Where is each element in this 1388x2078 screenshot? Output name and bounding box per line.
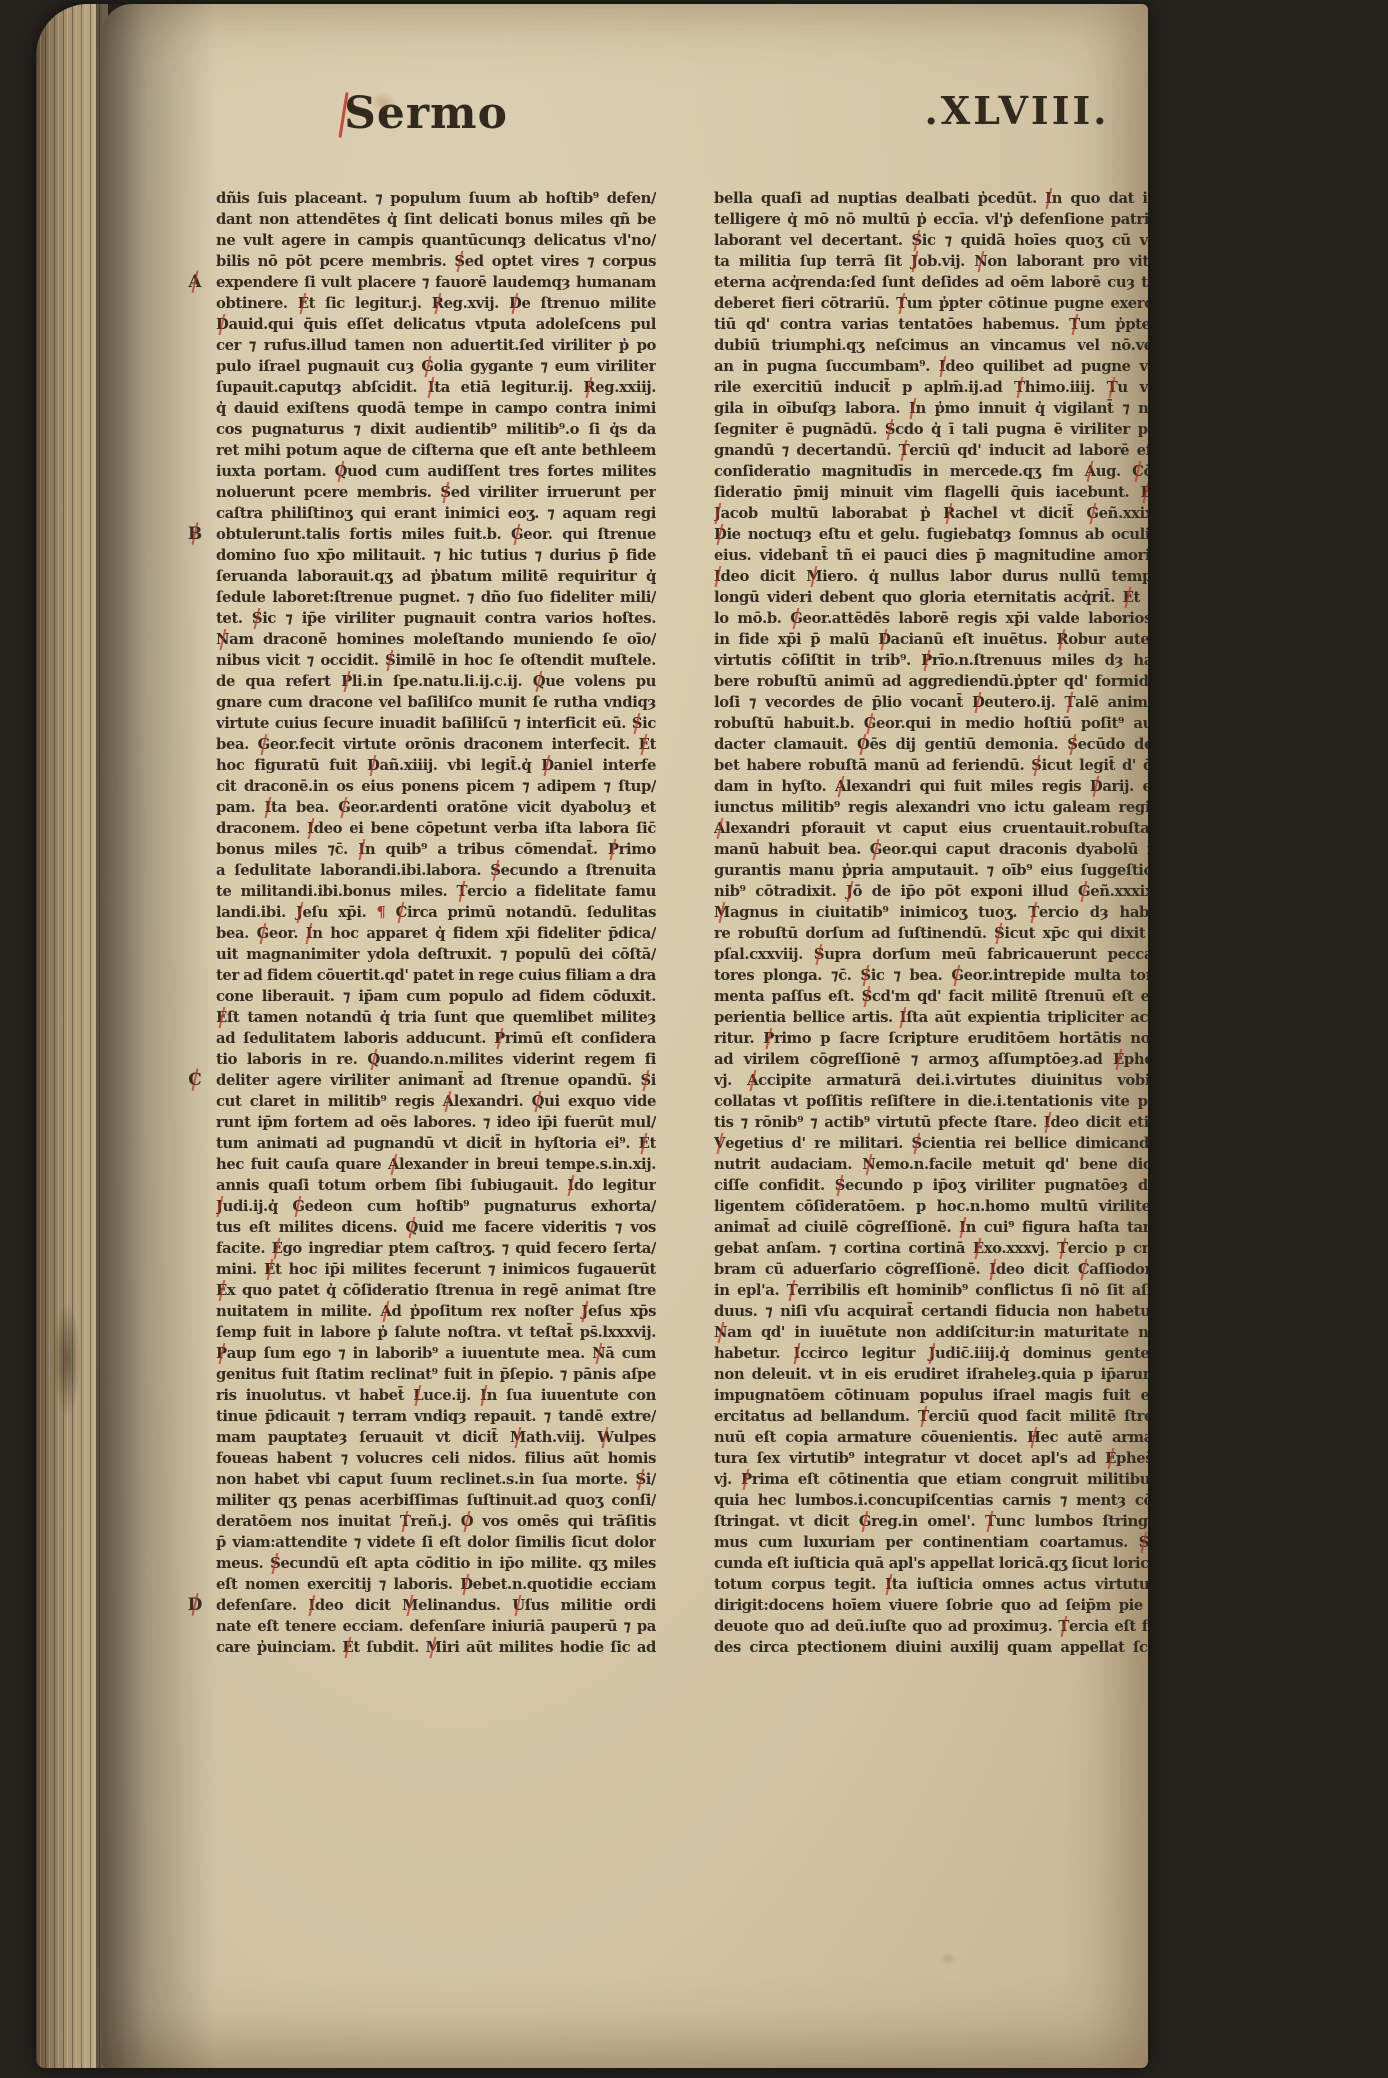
text-line: ercitatus ad bellandum. Terciū quod faci…	[714, 1406, 1148, 1427]
rubricated-capital: I	[989, 1259, 996, 1280]
text-line: Alexandri pforauit vt caput eius cruenta…	[714, 818, 1148, 839]
text-line: nibus vicit ⁊ occidit. Similē in hoc ſe …	[216, 650, 656, 671]
rubricated-capital: C	[396, 902, 407, 923]
rubricated-capital: G	[790, 608, 802, 629]
pilcrow-mark: ¶	[376, 904, 385, 921]
text-line: expendere ſi vult placere ⁊ fauorē laude…	[216, 272, 656, 293]
rubricated-capital: E	[264, 1259, 275, 1280]
text-line: ſtringat. vt dicit Greg.in omel'. Tunc l…	[714, 1511, 1148, 1532]
text-line: impugnatōem cōtinuam populus iſrael magi…	[714, 1385, 1148, 1406]
rubricated-capital: I	[939, 356, 946, 377]
text-line: perientia bellice artis. Iſta aūt expien…	[714, 1007, 1148, 1028]
running-title-text: Sermo	[344, 88, 508, 139]
text-line: te militandi.ibi.bonus miles. Tercio a f…	[216, 881, 656, 902]
rubricated-capital: E	[1105, 1448, 1116, 1469]
text-line: nuitatem in milite. Ad p̓poſitum rex noſ…	[216, 1301, 656, 1322]
rubricated-capital: S	[1031, 755, 1041, 776]
text-line: de qua refert Pli.in ſpe.natu.li.ij.c.ij…	[216, 671, 656, 692]
rubricated-capital: G	[859, 1511, 871, 1532]
rubricated-capital: C	[1078, 1259, 1089, 1280]
stacked-page-edges	[36, 4, 108, 2068]
rubricated-capital: T	[918, 1406, 929, 1427]
rubricated-capital: P	[921, 650, 932, 671]
rubricated-capital: R	[1056, 629, 1068, 650]
rubricated-capital: S	[635, 1469, 645, 1490]
text-line: Ex quo patet q̓ cōſideratio ſtrenua in r…	[216, 1280, 656, 1301]
rubricated-capital: T	[456, 881, 467, 902]
text-line: tis ⁊ rōnib⁹ ⁊ actib⁹ virtutū pfecte ſta…	[714, 1112, 1148, 1133]
text-line: pam. Ita bea. Geor.ardenti oratōne vicit…	[216, 797, 656, 818]
text-line: meus. Secundū eſt apta cōditio in ip̄o m…	[216, 1553, 656, 1574]
text-line: longū videri debent quo gloria eternitat…	[714, 587, 1148, 608]
rubricated-capital: G	[1086, 503, 1098, 524]
text-line: in epl'a. Terribilis eſt hominib⁹ confli…	[714, 1280, 1148, 1301]
rubricated-capital: P	[741, 1469, 752, 1490]
rubricated-capital: A	[835, 776, 846, 797]
rubricated-capital: I	[358, 839, 365, 860]
rubricated-capital: G	[870, 839, 882, 860]
text-line: p̄ viam:attendite ⁊ videte ſi eſt dolor …	[216, 1532, 656, 1553]
rubricated-capital: D	[216, 314, 228, 335]
folio-number: .XLVIII.	[902, 88, 1132, 144]
text-line: ris inuolutus. vt habet̄ Luce.ij. In ſua…	[216, 1385, 656, 1406]
text-line: cut claret in militib⁹ regis Alexandri. …	[216, 1091, 656, 1112]
text-line: mini. Et hoc ip̄i milites fecerunt ⁊ ini…	[216, 1259, 656, 1280]
rubricated-capital: O	[857, 734, 870, 755]
rubricated-capital: M	[714, 902, 730, 923]
rubricated-capital: R	[943, 503, 955, 524]
rubricated-capital: T	[400, 1511, 411, 1532]
text-line: manū habuit bea. Geor.qui caput draconis…	[714, 839, 1148, 860]
text-line: tum animati ad pugnandū vt dicit̄ in hyſ…	[216, 1133, 656, 1154]
text-line: tinue p̄dicauit ⁊ terram vndiqȝ repauit.…	[216, 1406, 656, 1427]
text-line: bilis nō pōt pcere membris. Sed optet vi…	[216, 251, 656, 272]
text-line: domino ſuo xp̄o militauit. ⁊ hic tutius …	[216, 545, 656, 566]
text-line: dubiū triumphi.qʒ neſcimus an vincamus v…	[714, 335, 1148, 356]
text-line: mus cum luxuriam per continentiam coarta…	[714, 1532, 1148, 1553]
rubricated-capital: O	[461, 1511, 474, 1532]
rubricated-capital: A	[714, 818, 725, 839]
text-line: bonus miles ⁊c̄. In quib⁹ a tribus cōmen…	[216, 839, 656, 860]
rubricated-capital: S	[1139, 1532, 1148, 1553]
rubricated-capital: J	[296, 902, 303, 923]
rubricated-capital: Q	[335, 461, 348, 482]
text-line: tet. Sic ⁊ ip̄e viriliter pugnauit contr…	[216, 608, 656, 629]
text-line: nutrit audaciam. Nemo.n.facile metuit qd…	[714, 1154, 1148, 1175]
text-line: dñis ſuis placeant. ⁊ populum ſuum ab ho…	[216, 188, 656, 209]
text-line: ſegniter ē pugnādū. Scdo q̓ ī tali pugna…	[714, 419, 1148, 440]
text-line: iuxta portam. Quod cum audiſſent tres fo…	[216, 461, 656, 482]
text-line: totum corpus tegit. Ita iuſticia omnes a…	[714, 1574, 1148, 1595]
rubricated-capital: D	[714, 524, 726, 545]
rubricated-capital: C	[188, 1070, 202, 1090]
text-line: non deleuit. vt in eis erudiret iſrahele…	[714, 1364, 1148, 1385]
rubricated-capital: I	[714, 566, 721, 587]
text-line: tura ſex virtutib⁹ integratur vt docet a…	[714, 1448, 1148, 1469]
rubricated-capital: A	[188, 272, 201, 292]
text-line: landi.ibi. Jeſu xp̄i. ¶ Circa primū nota…	[216, 902, 656, 923]
rubricated-capital: S	[632, 713, 642, 734]
rubricated-capital: G	[864, 713, 876, 734]
text-line: defenſare. Ideo dicit Melinandus. Uſus m…	[216, 1595, 656, 1616]
rubricated-capital: E	[216, 1280, 227, 1301]
rubricated-capital: S	[814, 944, 824, 965]
rubricated-capital: S	[994, 923, 1004, 944]
text-line: ſemp fuit in labore p̓ ſalute noſtra. vt…	[216, 1322, 656, 1343]
rubricated-capital: P	[341, 671, 352, 692]
margin-reference-letter: A	[182, 272, 208, 292]
rubricated-capital: D	[460, 1574, 472, 1595]
rubricated-capital: I	[428, 377, 435, 398]
rubricated-capital: R	[583, 377, 595, 398]
rubricated-capital: T	[1058, 1616, 1069, 1637]
rubricated-capital: I	[308, 1595, 315, 1616]
rubricated-capital: A	[443, 1091, 454, 1112]
rubricated-capital: N	[862, 1154, 875, 1175]
margin-reference-letter: D	[182, 1595, 208, 1615]
rubricated-capital: J	[714, 503, 721, 524]
text-line: gebat anſam. ⁊ cortina cortinā Exo.xxxvj…	[714, 1238, 1148, 1259]
rubricated-capital: S	[252, 608, 262, 629]
text-line: des circa ptectionem diuini auxilij quam…	[714, 1637, 1148, 1658]
text-line: collatas vt poſſitis reſiſtere in die.i.…	[714, 1091, 1148, 1112]
text-line: ad ſedulitatem laboris adducunt. Primū e…	[216, 1028, 656, 1049]
text-line: dirigit:docens hoīem viuere ſobrie quo a…	[714, 1595, 1148, 1616]
text-line: pſal.cxxviij. Supra dorſum meū fabricaue…	[714, 944, 1148, 965]
text-line: bella quaſi ad nuptias dealbati p̓cedūt.…	[714, 188, 1148, 209]
rubricated-capital: A	[1085, 461, 1096, 482]
rubricated-capital: S	[270, 1553, 280, 1574]
text-line: Vegetius d' re militari. Scientia rei be…	[714, 1133, 1148, 1154]
rubricated-capital: S	[911, 1133, 921, 1154]
rubricated-capital: C	[1132, 461, 1143, 482]
rubricated-capital: G	[257, 923, 269, 944]
rubricated-capital: J	[928, 1343, 935, 1364]
rubricated-capital: S	[1067, 734, 1077, 755]
rubricated-capital: W	[597, 1427, 613, 1448]
text-line: gila in oībuſqȝ labora. In p̓mo innuit q…	[714, 398, 1148, 419]
rubricated-capital: T	[1107, 377, 1118, 398]
rubricated-capital: E	[1123, 587, 1134, 608]
text-line: runt ip̄m fortem ad oēs labores. ⁊ ideo …	[216, 1112, 656, 1133]
text-line: ſeruanda laborauit.qʒ ad p̓batum militē …	[216, 566, 656, 587]
text-line: care p̓uinciam. Et ſubdit. Miri aūt mili…	[216, 1637, 656, 1658]
text-line: facite. Ego ingrediar ptem caſtroʒ. ⁊ qu…	[216, 1238, 656, 1259]
rubricated-capital: E	[973, 1238, 984, 1259]
margin-reference-letter: B	[182, 524, 208, 544]
text-column-right: bella quaſi ad nuptias dealbati p̓cedūt.…	[714, 188, 1148, 1658]
rubricated-capital: E	[639, 734, 650, 755]
rubricated-capital: S	[490, 860, 500, 881]
rubricated-capital: T	[985, 1511, 996, 1532]
text-line: hec fuit cauſa quare Alexander in breui …	[216, 1154, 656, 1175]
text-line: noluerunt pcere membris. Sed viriliter i…	[216, 482, 656, 503]
text-line: menta paſſus eſt. Scd'm qd' facit militē…	[714, 986, 1148, 1007]
rubricated-capital: D	[188, 1595, 203, 1615]
rubricated-capital: D	[878, 629, 890, 650]
rubricated-capital: G	[338, 797, 350, 818]
rubricated-capital: G	[951, 965, 963, 986]
rubricated-capital: M	[806, 566, 822, 587]
text-line: deuote quo ad deū.iuſte quo ad proximuȝ.…	[714, 1616, 1148, 1637]
text-line: vj. Prima eſt cōtinentia que etiam congr…	[714, 1469, 1148, 1490]
text-line: dant non attendētes q̓ ſint delicati bon…	[216, 209, 656, 230]
text-line: annis quaſi totum orbem ſibi ſubiugauit.…	[216, 1175, 656, 1196]
rubricated-capital: E	[298, 293, 309, 314]
text-line: Jacob multū laborabat p̓ Rachel vt dicit…	[714, 503, 1148, 524]
text-line: in fide xp̄i p̄ malū Dacianū eſt inuētus…	[714, 629, 1148, 650]
rubricated-capital: J	[581, 1301, 588, 1322]
rubricated-capital: I	[1045, 188, 1052, 209]
rubricated-capital: S	[640, 1070, 650, 1091]
text-line: virtute cuius ſecure inuadit baſiliſcū ⁊…	[216, 713, 656, 734]
rubricated-capital: E	[1113, 1049, 1124, 1070]
rubricated-capital: J	[216, 1196, 223, 1217]
rubricated-capital: S	[835, 1175, 845, 1196]
rubricated-capital: S	[885, 419, 895, 440]
text-line: tio laboris in re. Quando.n.milites vide…	[216, 1049, 656, 1070]
text-line: Paup ſum ego ⁊ in laborib⁹ a iuuentute m…	[216, 1343, 656, 1364]
text-line: gnare cum dracone vel baſiliſco munit ſe…	[216, 692, 656, 713]
text-line: q̓ dauid exiſtens quodā tempe in campo c…	[216, 398, 656, 419]
text-line: ta militia ſup terrā ſit Job.vij. Non la…	[714, 251, 1148, 272]
text-line: bram cū aduerſario cōgreſſionē. Ideo dic…	[714, 1259, 1148, 1280]
rubricated-capital: I	[900, 1007, 907, 1028]
rubricated-capital: J	[846, 881, 853, 902]
rubricated-capital: Q	[532, 1091, 545, 1112]
text-line: cunda eſt iuſticia quā apl's appellat lo…	[714, 1553, 1148, 1574]
text-line: ligentem cōſideratōem. p hoc.n.homo mult…	[714, 1196, 1148, 1217]
text-line: deratōem nos inuitat Treñ.j. O vos omēs …	[216, 1511, 656, 1532]
text-line: habetur. Iccirco legitur Judic̄.iiij.q̓ …	[714, 1343, 1148, 1364]
text-line: lo mō.b. Geor.attēdēs laborē regis xp̄i …	[714, 608, 1148, 629]
text-line: eſt nomen exercitij ⁊ laboris. Debet.n.q…	[216, 1574, 656, 1595]
text-line: laborant vel decertant. Sic ⁊ quidā hoīe…	[714, 230, 1148, 251]
text-line: Nam draconē homines moleſtando muniendo …	[216, 629, 656, 650]
text-line: a ſedulitate laborandi.ibi.labora. Secun…	[216, 860, 656, 881]
rubricated-capital: A	[747, 1070, 758, 1091]
text-line: obtinere. Et ſic legitur.j. Reg.xvij. De…	[216, 293, 656, 314]
text-line: conſideratio magnitudīs in mercede.qʒ fm…	[714, 461, 1148, 482]
text-line: animat̄ ad ciuilē cōgreſſionē. In cui⁹ f…	[714, 1217, 1148, 1238]
text-line: Dauid.qui q̄uis eſſet delicatus vtputa a…	[216, 314, 656, 335]
parchment-leaf: Sermo .XLVIII. dñis ſuis placeant. ⁊ pop…	[102, 4, 1148, 2068]
text-line: telligere q̓ mō nō multū p̓ eccīa. vl'p̓…	[714, 209, 1148, 230]
running-title-sermo: Sermo	[316, 88, 536, 144]
text-line: genitus fuit ſtatim reclinat⁹ fuit in p̄…	[216, 1364, 656, 1385]
rubricated-capital: V	[714, 1133, 725, 1154]
text-line: Magnus in ciuitatib⁹ inimicoʒ tuoʒ. Terc…	[714, 902, 1148, 923]
rubricated-capital: E	[639, 1133, 650, 1154]
rubricated-capital: S	[860, 965, 870, 986]
text-line: ter ad fidem cōuertit.qd' patet in rege …	[216, 965, 656, 986]
text-line: deberet fieri cōtrariū. Tum p̓pter cōtin…	[714, 293, 1148, 314]
text-line: robuſtū habuit.b. Geor.qui in medio hoſt…	[714, 713, 1148, 734]
rubricated-capital: S	[454, 251, 464, 272]
rubricated-capital: E	[216, 1007, 227, 1028]
rubricated-capital: A	[388, 1154, 399, 1175]
text-line: iunctus militib⁹ regis alexandri vno ict…	[714, 797, 1148, 818]
rubricated-capital: Q	[367, 1049, 380, 1070]
rubricated-capital: T	[1028, 902, 1039, 923]
text-line: ciſſe confidit. Secundo p ip̄oʒ virilite…	[714, 1175, 1148, 1196]
text-line: cer ⁊ rufus.illud tamen non aduertit.ſed…	[216, 335, 656, 356]
text-line: eterna acq̓renda:ſed ſunt deſides ad oēm…	[714, 272, 1148, 293]
text-line: eius. videbant̄ tñ ei pauci dies p̄ magn…	[714, 545, 1148, 566]
rubricated-capital: I	[264, 797, 271, 818]
rubricated-capital: T	[1065, 692, 1076, 713]
text-line: obtulerunt.talis fortis miles fuit.b. Ge…	[216, 524, 656, 545]
rubricated-capital: D	[541, 755, 553, 776]
rubricated-capital: I	[480, 1385, 487, 1406]
text-line: deliter agere viriliter animant̄ ad ſtre…	[216, 1070, 656, 1091]
text-line: cos pugnaturus ⁊ dixit audientib⁹ militi…	[216, 419, 656, 440]
scanned-book-photo: { "page": { "header": { "left_title": "S…	[0, 0, 1388, 2078]
text-line: ritur. Primo p ſacre ſcripture eruditōem…	[714, 1028, 1148, 1049]
rubricated-capital: T	[1014, 377, 1025, 398]
text-line: draconem. Ideo ei bene cōpetunt verba iſ…	[216, 818, 656, 839]
text-line: tores plonga. ⁊c̄. Sic ⁊ bea. Geor.intre…	[714, 965, 1148, 986]
text-line: re robuſtū dorſum ad ſuſtinendū. Sicut x…	[714, 923, 1148, 944]
rubricated-capital: I	[306, 923, 313, 944]
rubricated-capital: I	[567, 1175, 574, 1196]
rubricated-capital: D	[367, 755, 379, 776]
text-line: cone liberauit. ⁊ ip̄am cum populo ad fi…	[216, 986, 656, 1007]
text-line: bet habere robuſtā manū ad feriendū. Sic…	[714, 755, 1148, 776]
text-line: Judi.ij.q̓ Gedeon cum hoſtib⁹ pugnaturus…	[216, 1196, 656, 1217]
foxing-stain	[938, 1952, 958, 1966]
margin-reference-letter: C	[182, 1070, 208, 1090]
text-line: ad virilem cōgreſſionē ⁊ armoʒ aſſumptōe…	[714, 1049, 1148, 1070]
rubricated-capital: E	[342, 1637, 353, 1658]
text-line: dam in hyſto. Alexandri qui fuit miles r…	[714, 776, 1148, 797]
text-line: duus. ⁊ niſi vſu acquirat̄ certandi fidu…	[714, 1301, 1148, 1322]
rubricated-capital: N	[216, 629, 229, 650]
text-line: nate eſt tenere ecciam. defenſare iniuri…	[216, 1616, 656, 1637]
text-line: virtutis cōſiſtit in trib⁹. Prīo.n.ſtren…	[714, 650, 1148, 671]
text-line: quia hec lumbos.i.concupiſcentias carnis…	[714, 1490, 1148, 1511]
text-line: ne vult agere in campis quantūcunqȝ deli…	[216, 230, 656, 251]
text-line: loſi ⁊ vecordes de p̄lio vocant̄ Deutero…	[714, 692, 1148, 713]
rubricated-capital: S	[911, 230, 921, 251]
text-line: militer qʒ penas acerbiſſimas ſuſtinuit.…	[216, 1490, 656, 1511]
rubricated-capital: N	[974, 251, 987, 272]
rubricated-capital: I	[885, 1574, 892, 1595]
rubricated-capital: J	[911, 251, 918, 272]
text-line: Eſt tamen notandū q̓ tria ſunt que queml…	[216, 1007, 656, 1028]
text-line: vj. Accipite armaturā dei.i.virtutes diu…	[714, 1070, 1148, 1091]
rubricated-capital: S	[440, 482, 450, 503]
rubricated-capital: P	[608, 839, 619, 860]
rubricated-capital: P	[494, 1028, 505, 1049]
text-line: nib⁹ cōtradixit. Jō de ip̄o pōt exponi i…	[714, 881, 1148, 902]
rubricated-capital: G	[292, 1196, 304, 1217]
rubricated-capital: H	[1027, 1427, 1041, 1448]
text-line: ſupauit.caputqȝ abſcidit. Ita etiā legit…	[216, 377, 656, 398]
rubricated-capital: D	[972, 692, 984, 713]
text-line: nuū eſt copia armature cōuenientis. Hec …	[714, 1427, 1148, 1448]
rubricated-capital: G	[258, 734, 270, 755]
rubricated-capital: Q	[406, 1217, 419, 1238]
rubricated-capital: T	[899, 440, 910, 461]
text-line: non habet vbi caput ſuum reclinet.s.in ſ…	[216, 1469, 656, 1490]
text-line: ret mihi potum aque de ciſterna que eſt …	[216, 440, 656, 461]
text-line: pulo iſrael pugnauit cuȝ Golia gygante ⁊…	[216, 356, 656, 377]
rubricated-capital: A	[380, 1301, 391, 1322]
rubricated-capital: D	[509, 293, 521, 314]
text-line: foueas habent ⁊ volucres celi nidos. fil…	[216, 1448, 656, 1469]
text-line: uit magnanimiter ydola deſtruxit. ⁊ popu…	[216, 944, 656, 965]
text-line: gnandū ⁊ decertandū. Terciū qd' inducit …	[714, 440, 1148, 461]
rubricated-capital: D	[1090, 776, 1102, 797]
text-line: gurantis manu p̓pria amputauit. ⁊ oīb⁹ e…	[714, 860, 1148, 881]
rubricated-capital: P	[763, 1028, 774, 1049]
rubricated-capital: G	[421, 356, 433, 377]
rubricated-capital: T	[787, 1280, 798, 1301]
rubricated-capital: G	[511, 524, 523, 545]
rubricated-capital: T	[1069, 314, 1080, 335]
text-line: tus eſt milites dicens. Quid me facere v…	[216, 1217, 656, 1238]
text-line: Ideo dicit Miero. q̓ nullus labor durus …	[714, 566, 1148, 587]
rubricated-capital: E	[272, 1238, 283, 1259]
rubricated-capital: I	[307, 818, 314, 839]
rubricated-capital: L	[413, 1385, 423, 1406]
text-line: bea. Geor.fecit virtute orōnis draconem …	[216, 734, 656, 755]
rubricated-capital: I	[959, 1217, 966, 1238]
rubricated-capital: P	[216, 1343, 227, 1364]
text-line: hoc figuratū fuit Dañ.xiiij. vbi legit̄.…	[216, 755, 656, 776]
rubricated-capital: M	[402, 1595, 418, 1616]
text-line: ſedule laboret:ſtrenue pugnet. ⁊ dño ſuo…	[216, 587, 656, 608]
text-line: Die noctuqȝ eſtu et gelu. fugiebatqȝ ſom…	[714, 524, 1148, 545]
rubricated-capital: I	[794, 1343, 801, 1364]
rubricated-capital: T	[1057, 1238, 1068, 1259]
rubricated-capital: U	[512, 1595, 525, 1616]
rubricated-capital: M	[426, 1637, 442, 1658]
text-line: dacter clamauit. Oēs dij gentiū demonia.…	[714, 734, 1148, 755]
text-line: bea. Geor. In hoc apparet q̓ fidem xp̄i …	[216, 923, 656, 944]
folio-number-text: .XLVIII.	[925, 88, 1110, 133]
text-line: cit draconē.in os eius ponens picem ⁊ ad…	[216, 776, 656, 797]
text-line: bere robuſtū animū ad aggrediendū.p̓pter…	[714, 671, 1148, 692]
rubricated-capital: N	[714, 1322, 727, 1343]
text-line: ſideratio p̄mij minuit vim flagelli q̄ui…	[714, 482, 1148, 503]
rubricated-capital: S	[862, 986, 872, 1007]
book-page: Sermo .XLVIII. dñis ſuis placeant. ⁊ pop…	[36, 4, 1148, 2068]
text-line: rile exercitiū inducit̄ p aplm̄.ij.ad Th…	[714, 377, 1148, 398]
rubricated-capital: G	[1078, 881, 1090, 902]
text-line: mam pauptateȝ ſeruauit vt dicit̄ Math.vi…	[216, 1427, 656, 1448]
text-column-left: dñis ſuis placeant. ⁊ populum ſuum ab ho…	[216, 188, 656, 1658]
text-line: Nam qd' in iuuētute non addiſcitur:in ma…	[714, 1322, 1148, 1343]
rubricated-capital: N	[592, 1343, 605, 1364]
rubricated-capital: B	[188, 524, 202, 544]
rubricated-capital: T	[896, 293, 907, 314]
text-line: tiū qd' contra varias tentatōes habemus.…	[714, 314, 1148, 335]
rubricated-capital: E	[1141, 482, 1148, 503]
rubricated-capital: S	[385, 650, 395, 671]
rubricated-capital: I	[1044, 1112, 1051, 1133]
rubricated-capital: Q	[533, 671, 546, 692]
rubricated-capital: I	[909, 398, 916, 419]
rubricated-capital: M	[510, 1427, 526, 1448]
rubricated-capital: R	[432, 293, 444, 314]
text-line: caſtra philiſtinoʒ qui erant inimici eoʒ…	[216, 503, 656, 524]
text-line: an in pugna ſuccumbam⁹. Ideo quilibet ad…	[714, 356, 1148, 377]
